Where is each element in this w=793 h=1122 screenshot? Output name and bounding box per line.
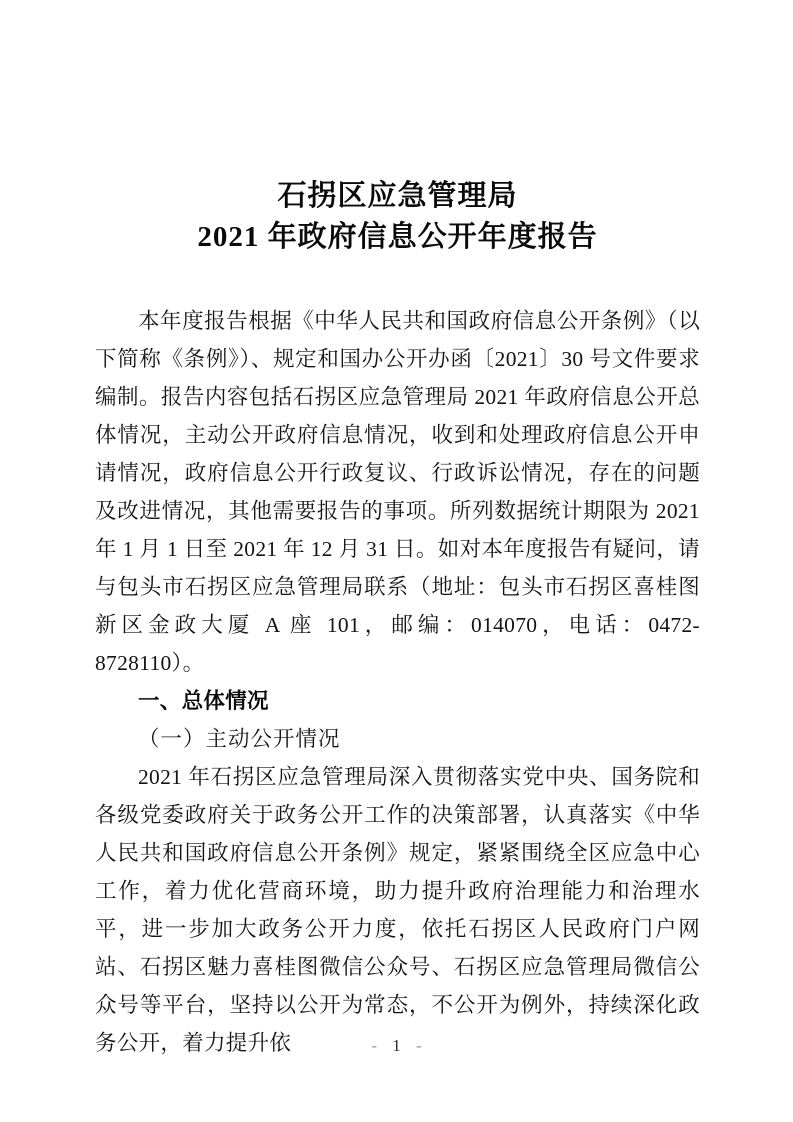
footer-dash-right: -	[416, 1036, 422, 1055]
document-title: 石拐区应急管理局 2021 年政府信息公开年度报告	[95, 176, 700, 258]
section-heading-overall-situation: 一、总体情况	[95, 682, 700, 720]
paragraph-report-basis: 本年度报告根据《中华人民共和国政府信息公开条例》（以下简称《条例》）、规定和国办…	[95, 302, 700, 682]
subsection-heading-active-disclosure: （一）主动公开情况	[95, 720, 700, 758]
page-footer: - 1 -	[0, 1034, 793, 1058]
paragraph-active-disclosure: 2021 年石拐区应急管理局深入贯彻落实党中央、国务院和各级党委政府关于政务公开…	[95, 758, 700, 1062]
title-line-2: 2021 年政府信息公开年度报告	[95, 217, 700, 258]
title-line-1: 石拐区应急管理局	[95, 176, 700, 217]
page-number-label: 1	[392, 1036, 401, 1055]
document-page: 石拐区应急管理局 2021 年政府信息公开年度报告 本年度报告根据《中华人民共和…	[0, 0, 793, 1122]
footer-dash-left: -	[371, 1036, 377, 1055]
